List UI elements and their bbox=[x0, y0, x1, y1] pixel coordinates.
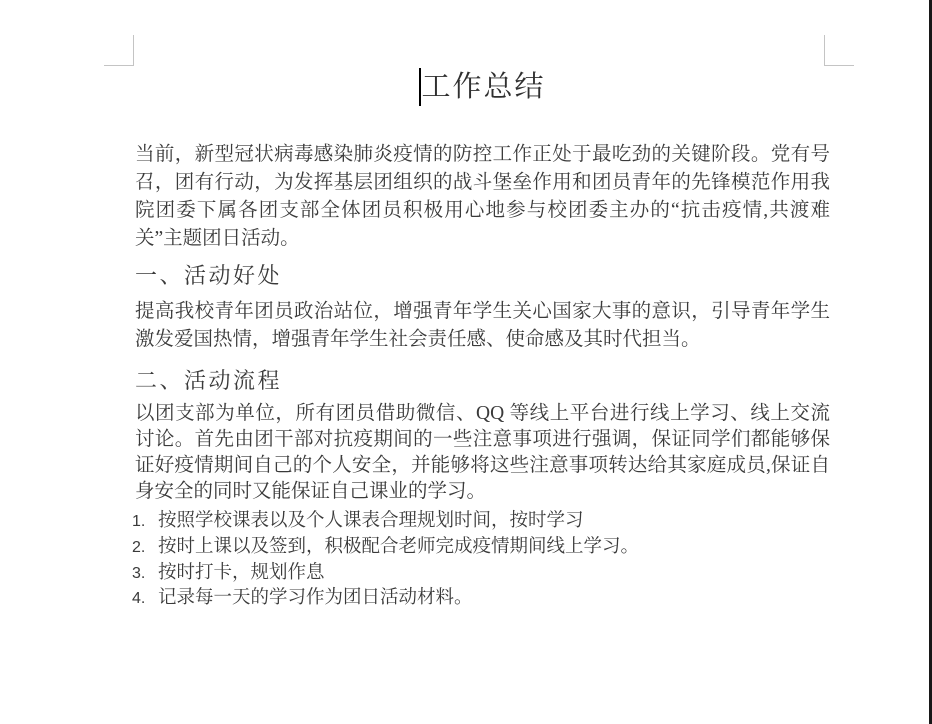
list-item[interactable]: 2. 按时上课以及签到，积极配合老师完成疫情期间线上学习。 bbox=[132, 535, 830, 561]
list-item-text: 按照学校课表以及个人课表合理规划时间，按时学习 bbox=[158, 509, 584, 535]
list-item[interactable]: 1. 按照学校课表以及个人课表合理规划时间，按时学习 bbox=[132, 509, 830, 535]
section-heading-activity-benefits[interactable]: 一、活动好处 bbox=[135, 259, 282, 290]
document-content-area[interactable]: 工作总结 当前，新型冠状病毒感染肺炎疫情的防控工作正处于最吃劲的关键阶段。党有号… bbox=[135, 0, 830, 724]
section-heading-activity-process[interactable]: 二、活动流程 bbox=[135, 364, 282, 395]
activity-benefits-paragraph[interactable]: 提高我校青年团员政治站位，增强青年学生关心国家大事的意识，引导青年学生激发爱国热… bbox=[135, 298, 830, 354]
list-item-text: 按时上课以及签到，积极配合老师完成疫情期间线上学习。 bbox=[158, 535, 639, 561]
list-item[interactable]: 3. 按时打卡，规划作息 bbox=[132, 561, 830, 587]
document-title-row: 工作总结 bbox=[135, 66, 830, 108]
document-page: 工作总结 当前，新型冠状病毒感染肺炎疫情的防控工作正处于最吃劲的关键阶段。党有号… bbox=[0, 0, 932, 724]
list-item-number: 1. bbox=[132, 509, 158, 535]
list-item[interactable]: 4. 记录每一天的学习作为团日活动材料。 bbox=[132, 586, 830, 612]
list-item-number: 3. bbox=[132, 561, 158, 587]
list-item-number: 2. bbox=[132, 535, 158, 561]
list-item-text: 记录每一天的学习作为团日活动材料。 bbox=[158, 586, 473, 612]
list-item-text: 按时打卡，规划作息 bbox=[158, 561, 325, 587]
list-item-number: 4. bbox=[132, 586, 158, 612]
intro-paragraph[interactable]: 当前，新型冠状病毒感染肺炎疫情的防控工作正处于最吃劲的关键阶段。党有号召，团有行… bbox=[135, 141, 830, 253]
document-title[interactable]: 工作总结 bbox=[421, 66, 545, 108]
process-steps-list: 1. 按照学校课表以及个人课表合理规划时间，按时学习 2. 按时上课以及签到，积… bbox=[132, 509, 830, 612]
activity-process-paragraph[interactable]: 以团支部为单位，所有团员借助微信、QQ 等线上平台进行线上学习、线上交流讨论。首… bbox=[135, 401, 830, 505]
margin-crop-mark-top-left bbox=[104, 35, 134, 66]
